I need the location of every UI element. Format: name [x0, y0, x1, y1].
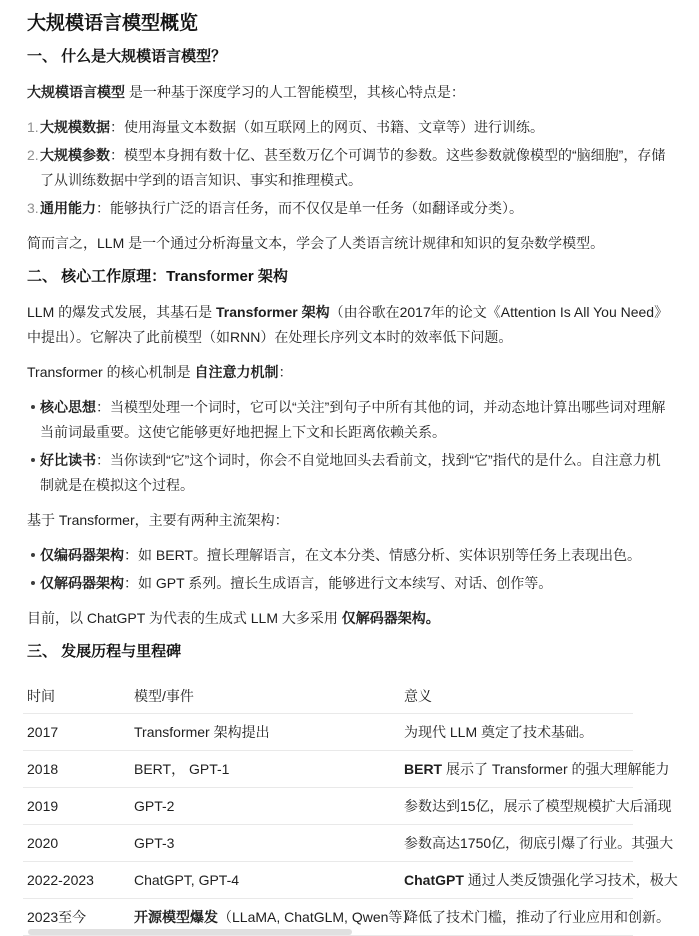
cell-time: 2020 [23, 824, 134, 861]
table-header-row: 时间 模型/事件 意义 [23, 679, 633, 713]
cell-model: BERT， GPT-1 [134, 750, 404, 787]
bullet-icon [31, 581, 35, 585]
self-attention-lead-paragraph: Transformer 的核心机制是 自注意力机制： [27, 360, 672, 385]
list-item: 1. 大规模数据：使用海量文本数据（如互联网上的网页、书籍、文章等）进行训练。 [27, 115, 672, 140]
table-row: 2022-2023 ChatGPT, GPT-4 ChatGPT 通过人类反馈强… [23, 861, 633, 898]
architectures-bullet-list: 仅编码器架构：如 BERT。擅长理解语言，在文本分类、情感分析、实体识别等任务上… [27, 543, 672, 596]
list-number-marker: 2. [27, 143, 40, 193]
list-item-text: 核心思想：当模型处理一个词时，它可以“关注”到句子中所有其他的词，并动态地计算出… [40, 395, 672, 445]
column-header-time: 时间 [23, 679, 134, 713]
section3-heading: 三、 发展历程与里程碑 [27, 641, 672, 663]
list-item-text: 仅解码器架构：如 GPT 系列。擅长生成语言，能够进行文本续写、对话、创作等。 [40, 571, 672, 596]
list-item-text: 大规模参数：模型本身拥有数十亿、甚至数万亿个可调节的参数。这些参数就像模型的“脑… [40, 143, 672, 193]
list-item: 仅解码器架构：如 GPT 系列。擅长生成语言，能够进行文本续写、对话、创作等。 [27, 571, 672, 596]
section2-heading: 二、 核心工作原理：Transformer 架构 [27, 266, 672, 288]
cell-time: 2018 [23, 750, 134, 787]
cell-time: 2022-2023 [23, 861, 134, 898]
cell-model: GPT-2 [134, 787, 404, 824]
cell-meaning: ChatGPT 通过人类反馈强化学习技术，极大 [404, 861, 633, 898]
document: 大规模语言模型概览 一、 什么是大规模语言模型？ 大规模语言模型 是一种基于深度… [0, 0, 699, 936]
list-item: 仅编码器架构：如 BERT。擅长理解语言，在文本分类、情感分析、实体识别等任务上… [27, 543, 672, 568]
table-row: 2019 GPT-2 参数达到15亿，展示了模型规模扩大后涌现 [23, 787, 633, 824]
milestones-table: 时间 模型/事件 意义 2017 Transformer 架构提出 为现代 LL… [23, 679, 633, 936]
list-item-text: 仅编码器架构：如 BERT。擅长理解语言，在文本分类、情感分析、实体识别等任务上… [40, 543, 672, 568]
column-header-model: 模型/事件 [134, 679, 404, 713]
cell-meaning: 为现代 LLM 奠定了技术基础。 [404, 713, 633, 750]
cell-meaning: BERT 展示了 Transformer 的强大理解能力 [404, 750, 633, 787]
bullet-icon [31, 553, 35, 557]
list-item: 3. 通用能力：能够执行广泛的语言任务，而不仅仅是单一任务（如翻译或分类）。 [27, 196, 672, 221]
cell-time: 2019 [23, 787, 134, 824]
cell-meaning: 参数达到15亿，展示了模型规模扩大后涌现 [404, 787, 633, 824]
table-row: 2017 Transformer 架构提出 为现代 LLM 奠定了技术基础。 [23, 713, 633, 750]
section-what-is-llm: 一、 什么是大规模语言模型？ 大规模语言模型 是一种基于深度学习的人工智能模型，… [27, 46, 672, 256]
table-row: 2020 GPT-3 参数高达1750亿，彻底引爆了行业。其强大 [23, 824, 633, 861]
table-body: 2017 Transformer 架构提出 为现代 LLM 奠定了技术基础。 2… [23, 713, 633, 935]
list-item: 好比读书：当你读到“它”这个词时，你会不自觉地回头去看前文，找到“它”指代的是什… [27, 448, 672, 498]
milestones-table-container[interactable]: 时间 模型/事件 意义 2017 Transformer 架构提出 为现代 LL… [23, 679, 699, 936]
section-transformer: 二、 核心工作原理：Transformer 架构 LLM 的爆发式发展，其基石是… [27, 266, 672, 631]
page-title: 大规模语言模型概览 [27, 10, 672, 38]
horizontal-scrollbar[interactable] [23, 929, 699, 936]
list-number-marker: 1. [27, 115, 40, 140]
decoder-conclusion-paragraph: 目前，以 ChatGPT 为代表的生成式 LLM 大多采用 仅解码器架构。 [27, 606, 672, 631]
cell-meaning: 参数高达1750亿，彻底引爆了行业。其强大 [404, 824, 633, 861]
scrollbar-thumb[interactable] [28, 929, 352, 935]
cell-model: ChatGPT, GPT-4 [134, 861, 404, 898]
self-attention-bullet-list: 核心思想：当模型处理一个词时，它可以“关注”到句子中所有其他的词，并动态地计算出… [27, 395, 672, 498]
llm-features-list: 1. 大规模数据：使用海量文本数据（如互联网上的网页、书籍、文章等）进行训练。 … [27, 115, 672, 221]
section1-summary-paragraph: 简而言之，LLM 是一个通过分析海量文本，学会了人类语言统计规律和知识的复杂数学… [27, 231, 672, 256]
cell-time: 2017 [23, 713, 134, 750]
column-header-meaning: 意义 [404, 679, 633, 713]
cell-model: GPT-3 [134, 824, 404, 861]
list-number-marker: 3. [27, 196, 40, 221]
list-item-text: 大规模数据：使用海量文本数据（如互联网上的网页、书籍、文章等）进行训练。 [40, 115, 672, 140]
section1-heading: 一、 什么是大规模语言模型？ [27, 46, 672, 68]
section-history: 三、 发展历程与里程碑 时间 模型/事件 意义 2017 [27, 641, 672, 936]
architectures-lead-paragraph: 基于 Transformer，主要有两种主流架构： [27, 508, 672, 533]
cell-model: Transformer 架构提出 [134, 713, 404, 750]
list-item: 2. 大规模参数：模型本身拥有数十亿、甚至数万亿个可调节的参数。这些参数就像模型… [27, 143, 672, 193]
list-item: 核心思想：当模型处理一个词时，它可以“关注”到句子中所有其他的词，并动态地计算出… [27, 395, 672, 445]
bullet-icon [31, 405, 35, 409]
list-item-text: 好比读书：当你读到“它”这个词时，你会不自觉地回头去看前文，找到“它”指代的是什… [40, 448, 672, 498]
list-item-text: 通用能力：能够执行广泛的语言任务，而不仅仅是单一任务（如翻译或分类）。 [40, 196, 672, 221]
section1-intro-paragraph: 大规模语言模型 是一种基于深度学习的人工智能模型，其核心特点是： [27, 80, 672, 105]
transformer-intro-paragraph: LLM 的爆发式发展，其基石是 Transformer 架构（由谷歌在2017年… [27, 300, 672, 350]
table-row: 2018 BERT， GPT-1 BERT 展示了 Transformer 的强… [23, 750, 633, 787]
bullet-icon [31, 458, 35, 462]
